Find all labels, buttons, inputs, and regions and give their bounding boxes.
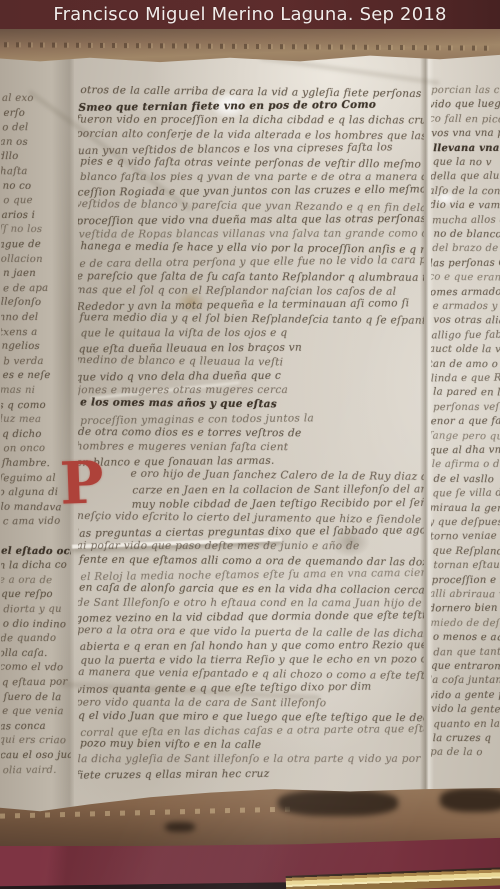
manuscript-line: cau el oso jua [1,750,70,762]
manuscript-line: el eſtado ocha [1,545,71,557]
manuscript-line: olla caſa. [1,648,69,660]
manuscript-line: al exo [2,93,71,105]
manuscript-line: haſta [1,166,70,179]
manuscript-line: nno del [1,312,69,324]
manuscript-line: jones e mugeres otras mugeres cerca [78,384,424,396]
manuscript-line: quo la puerta e vido la tierra Reſio y q… [80,653,424,666]
manuscript-line: omes armados [431,286,499,299]
manuscript-line: que la no v [433,157,500,170]
manuscript-line: que al dha vna [431,445,498,458]
manuscript-line: Rededor y avn la mota pequeña e la termi… [78,297,423,313]
manuscript-line: o dio indino [3,618,71,631]
manuscript-line: alligo fue fabro [431,329,500,342]
manuscript-line: dllo [1,151,69,163]
manuscript-line: dornero bien [431,603,498,616]
manuscript-line: qui ers criao [1,735,69,748]
manuscript-line: la pared en lom [433,387,500,400]
leather-dark-patch [165,822,195,832]
manuscript-line: diorta y qu [3,604,71,617]
manuscript-line: es e neſe [3,370,71,382]
manuscript-line: carze en Jaen en la collacion de Sant il… [80,483,424,496]
manuscript-line: tornan eſtauan [433,560,500,572]
manuscript-line [3,779,71,780]
manuscript-line: n jaen [3,268,71,280]
manuscript-line: la cruzes q [433,733,500,745]
manuscript-line: vimos quanta gente e q que eſte teſtigo … [78,681,422,697]
manuscript-line: de quando [1,633,70,646]
manuscript-line: co fall en pico [431,113,498,126]
manuscript-line: que entraron vi [431,661,500,674]
manuscript-line: las preguntas a ciertas preguntas dixo q… [78,524,422,539]
manuscript-line: lleſonſo [1,297,71,310]
manuscript-line: dio via e vamos [431,200,499,212]
manuscript-line: vido la gente [431,704,500,717]
manuscript-line: Smeo que ternian fiete vno en pos de otr… [78,98,424,114]
main-text-column: otros de la calle arriba de cara la vid … [78,86,424,798]
manuscript-line: porcian alto conſerje de la vida alterad… [78,127,422,141]
manuscript-line: fiete cruzes q ellas miran hec cruz [78,766,422,781]
manuscript-line: ſſ no los [1,224,69,237]
manuscript-line: q eſtaua por [2,677,71,690]
manuscript-line: que le quitaua la viſta de los ojos e q [80,327,424,340]
manuscript-line: blanco faſta los pies q yvan de vna part… [80,171,424,183]
manuscript-line: o menos e aqui [433,632,500,644]
manuscript-line: e que venia [2,706,71,718]
manuscript-line: q el vido Juan que miro e que luego que … [78,710,424,724]
manuscript-line: fuera medio dia y q el ſol bien Reſpland… [79,311,424,327]
manuscript-line: que Reſplandec [432,545,500,558]
manuscript-line: linda e que Rebi [431,373,500,386]
manuscript-line: ceſſion Rogiada e que yvan juntos con la… [78,184,424,199]
manuscript-line: luz mea [1,414,70,427]
caption-text: Francisco Miguel Merino Laguna. Sep 2018 [53,4,446,25]
manuscript-line: o del [2,122,71,135]
manuscript-line: proceſſion que vido vna dueña mas alta q… [78,213,422,227]
framed-manuscript-photo: Francisco Miguel Merino Laguna. Sep 2018… [0,0,500,889]
manuscript-line: e armados y [433,301,500,313]
manuscript-line: pies e q vido faſta otras veinte perſona… [80,155,424,170]
manuscript-line: vido a gente p [431,690,498,703]
manuscript-line: quanto en la [433,718,500,730]
manuscript-line: vos vna vna per [431,128,500,140]
manuscript-line: porcian las c [431,85,500,97]
manuscript-line: llevana vna fili [433,142,500,154]
manuscript-line: neſçio vido eſcrito lo cierto del jurame… [78,510,423,526]
manuscript-line: torno veniae a [431,531,499,544]
manuscript-line: olia vaird. [3,764,71,776]
manuscript-line: veſtida de Ropas blancas villanas vna ſa… [79,228,424,241]
manuscript-line: miraua la gente [431,502,499,515]
manuscript-line: corral que eſta en las dichas caſas e a … [80,723,424,739]
manuscript-line: arios i [2,210,71,222]
manuscript-line: veſtidos de blanco y pareſcia que yvan R… [78,197,422,213]
leather-dark-patch [440,788,500,812]
manuscript-line: miedo de deſco [431,618,500,630]
manuscript-line: abierta e q eran en ſal hondo han y que … [80,639,424,653]
manuscript-line: no de blanco e [433,229,500,242]
manuscript-line: ſuero de la [3,691,71,703]
manuscript-line: e pareſcio que ſalta de ſu caſa tanto Re… [78,270,423,284]
manuscript-line: pero vido quanta la de cara de Sant ille… [78,696,422,709]
manuscript-line: alli abriraua v [431,589,498,602]
manuscript-line [431,761,497,762]
manuscript-line: las perſonas Gi [431,258,499,271]
manuscript-line: e de cara della otra perſona y que elle … [79,254,424,270]
manuscript-line: el Reloj la media noche eſtamos eſte ſu … [80,567,424,583]
manuscript-line: ollacion [1,253,71,265]
manuscript-line: la dicha ygleſia de Sant illefonſo e la … [78,753,424,765]
manuscript-line: muy noble cibdad de Jaen teſtigo Recibid… [80,497,424,511]
manuscript-line: o que [3,195,71,208]
manuscript-line: ague de [1,239,69,252]
rubricated-initial-letter: P [59,448,105,517]
manuscript-line: que ſe villa defli [432,488,500,501]
manuscript-line: del brazo de [432,243,500,255]
leather-dark-patch [278,790,398,816]
manuscript-line: fente en que eſtamos alli como a ora de … [79,553,424,568]
manuscript-line: pero a la otra ora e que vido la puerta … [78,624,423,640]
manuscript-line: medino de blanco e q lleuaua la veſti [78,354,422,370]
manuscript-line: pozo muy bien viſto e en la calle [80,738,424,753]
manuscript-line: o alguna di [1,487,69,499]
manuscript-line: y que deſpues e [431,517,498,529]
manuscript-line: que eſta dueña lleuaua en los braços vn [79,340,424,355]
manuscript-line: que reſpo [1,589,71,601]
manuscript-line: que vido q vno dela dha dueña que c [78,369,422,384]
manuscript-line: ngelios [2,341,71,354]
manuscript-line: erſo [3,107,71,119]
manuscript-line: hombres e mugeres venian faſta cient [78,440,422,453]
manuscript-line: proceſſion ymaginas e con todos juntos l… [80,410,424,426]
manuscript-line: vos otras alia [433,315,500,328]
manuscript-line: tan de amo o m [431,358,498,370]
manuscript-line: s q como [1,399,69,412]
manuscript-line: ſange pero que [431,430,498,443]
manuscript-line: de Sant Illefonſo e otro h eſtaua cond e… [78,597,423,610]
manuscript-line: e a ora de [1,574,69,587]
manuscript-line: de otra como dios es e torres veſtros de [78,426,424,440]
manuscript-line: e oro hijo de Juan ſanchez Calero de la … [78,467,424,483]
manuscript-line: txens a [1,326,69,338]
manuscript-line: en caſa de alonſo garcia que es en la vi… [79,582,424,597]
manuscript-line: enor a que fa ler [431,416,500,428]
manuscript-line: n la dicha co [1,560,69,573]
stitch-marks-top [4,42,496,50]
manuscript-line: le afirma o dh [432,459,500,471]
manuscript-line: della que alumb [431,171,499,184]
manuscript-line: gomez vezino en la vid cibdad que dormia… [78,610,422,626]
manuscript-line: q dicho [2,429,71,441]
manuscript-line: as conca [1,720,70,733]
manuscript-line: mas que el ſol q con el Reſplandor naſci… [78,284,422,298]
manuscript-line: auct olde la vi [431,344,498,356]
manuscript-line: co e que eran e [431,272,498,285]
manuscript-line: ai poſar vido que paso deſte mes de juni… [78,540,423,552]
caption-bar: Francisco Miguel Merino Laguna. Sep 2018 [0,0,500,29]
manuscript-line: vido que luego v [431,99,498,112]
manuscript-line: como el vdo [1,662,69,675]
manuscript-line: la coſa juntan [431,675,498,687]
manuscript-line: de el vasllo [433,474,500,487]
manuscript-line: dan que tanto [433,646,500,659]
manuscript-line: no co [3,180,71,193]
manuscript-line: mucha allos a l [432,214,500,227]
manuscript-line: uan yvan veſtidos de blancos e los vna c… [78,141,424,157]
manuscript-line: e los omes mas años y que eſtas [80,397,424,412]
manuscript-line: e de apa [3,282,71,295]
manuscript-line: mas ni [1,385,70,398]
manuscript-line: c ama vido [3,516,71,529]
manuscript-line: alſo de la contan [431,186,498,198]
manuscript-line: pa de la o [431,747,499,760]
right-text-column: porcian las cvido que luego vco fall en … [431,85,500,797]
manuscript-line: perſonas veſto a [433,402,500,414]
manuscript-line: b verda [3,355,71,368]
manuscript-line: an os [1,136,70,149]
parchment-page: al exoerſoo delan osdllohaſtano coo quea… [0,29,500,815]
manuscript-line: proceſſion e tod [432,574,500,586]
manuscript-line: fueron vido en proceſſion en la dicha ci… [78,114,422,127]
